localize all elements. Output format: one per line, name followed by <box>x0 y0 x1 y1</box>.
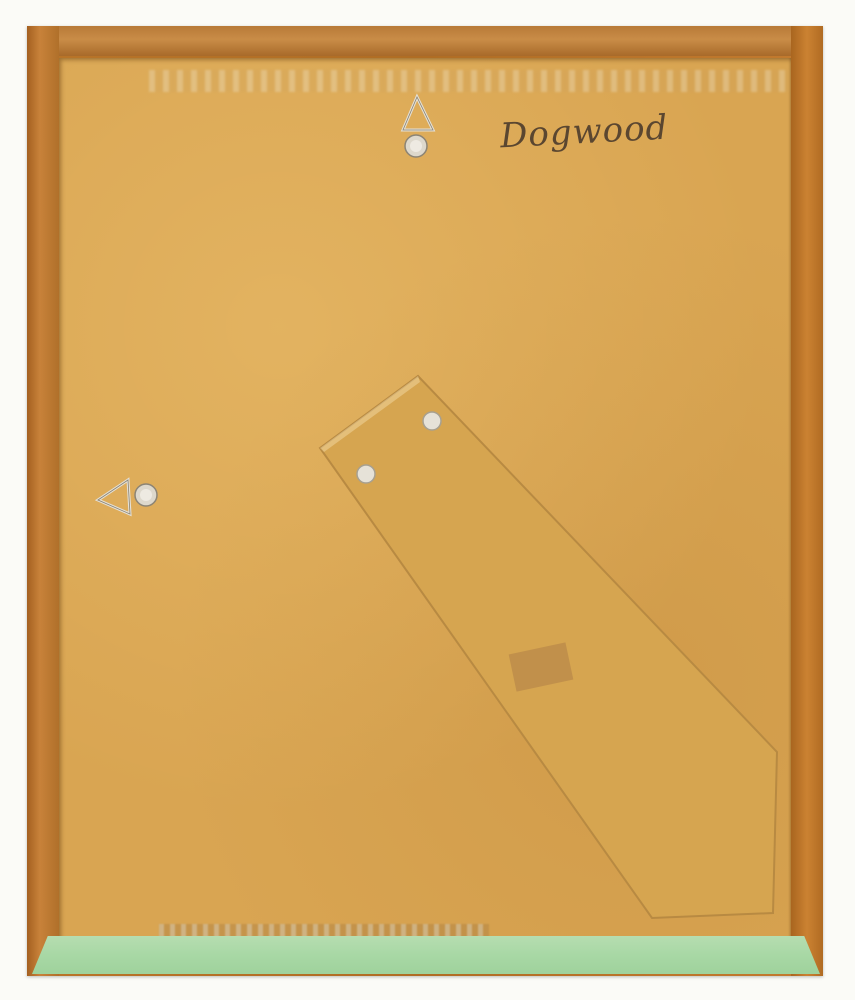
hanger-icon <box>94 474 164 520</box>
rivet-icon <box>357 465 375 483</box>
hanger-icon <box>395 92 445 162</box>
rivet-icon <box>423 412 441 430</box>
